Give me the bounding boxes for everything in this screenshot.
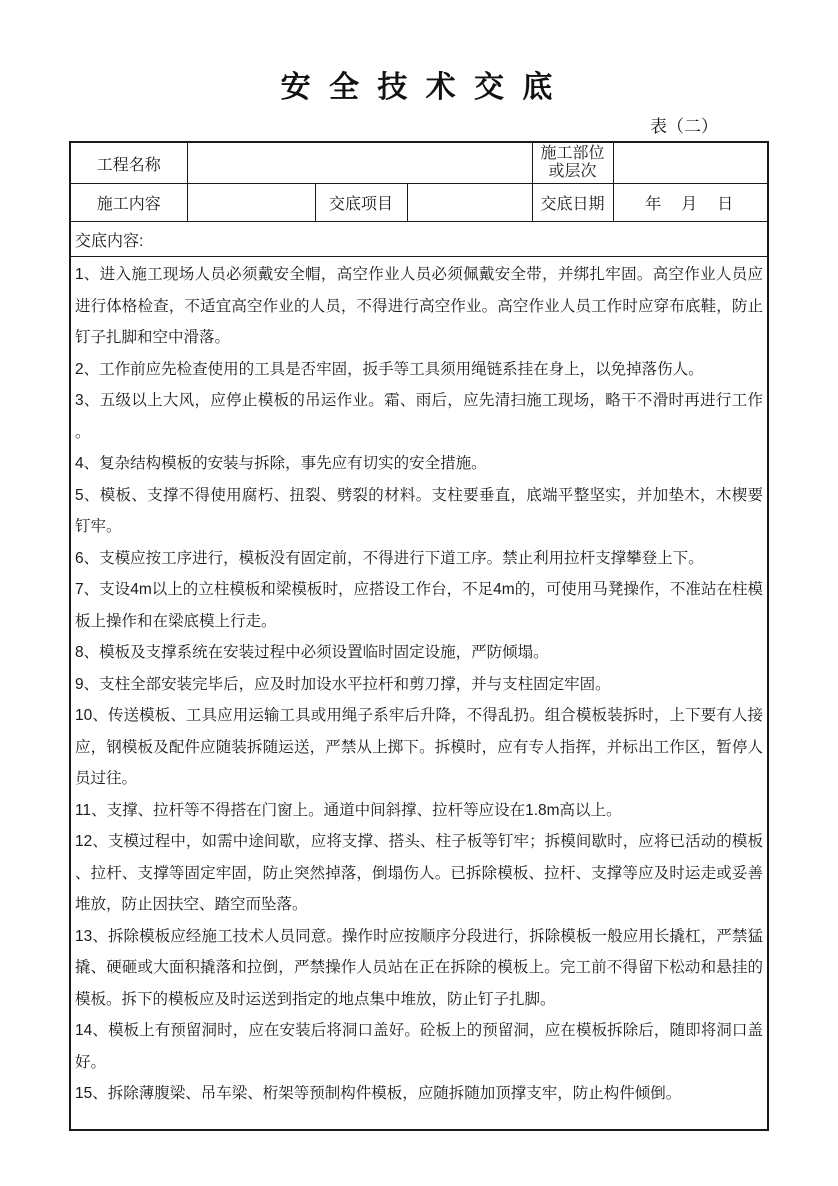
form-row-content-item-date: 施工内容 交底项目 交底日期 年 月 日: [70, 184, 768, 222]
construction-content-field[interactable]: [187, 184, 315, 222]
disclosure-form-table: 工程名称 施工部位或层次 施工内容 交底项目 交底日期 年 月 日 交底内容: …: [69, 141, 769, 1131]
disclosure-content-header: 交底内容:: [70, 222, 768, 257]
disclosure-date-field[interactable]: 年 月 日: [613, 184, 768, 222]
disclosure-date-label: 交底日期: [532, 184, 613, 222]
document-page: 安 全 技 术 交 底 表（二） 工程名称 施工部位或层次 施工内容 交底项目 …: [0, 0, 838, 1186]
safety-item-13: 13、拆除模板应经施工技术人员同意。操作时应按顺序分段进行，拆除模板一般应用长撬…: [75, 921, 763, 1016]
disclosure-item-field[interactable]: [407, 184, 532, 222]
disclosure-item-label: 交底项目: [315, 184, 407, 222]
content-header-row: 交底内容:: [70, 222, 768, 257]
content-row: 1、进入施工现场人员必须戴安全帽，高空作业人员必须佩戴安全带，并绑扎牢固。高空作…: [70, 257, 768, 1131]
page-title: 安 全 技 术 交 底: [0, 0, 838, 106]
table-number-label: 表（二）: [70, 112, 768, 137]
safety-item-1: 1、进入施工现场人员必须戴安全帽，高空作业人员必须佩戴安全带，并绑扎牢固。高空作…: [75, 259, 763, 354]
safety-item-14: 14、模板上有预留洞时，应在安装后将洞口盖好。砼板上的预留洞，应在模板拆除后，随…: [75, 1015, 763, 1078]
project-name-label: 工程名称: [70, 142, 187, 184]
safety-item-6: 6、支模应按工序进行，模板没有固定前，不得进行下道工序。禁止利用拉杆支撑攀登上下…: [75, 543, 763, 575]
safety-item-15: 15、拆除薄腹梁、吊车梁、桁架等预制构件模板，应随拆随加顶撑支牢，防止构件倾倒。: [75, 1078, 763, 1110]
construction-part-field[interactable]: [613, 142, 768, 184]
safety-item-2: 2、工作前应先检查使用的工具是否牢固，扳手等工具须用绳链系挂在身上，以免掉落伤人…: [75, 354, 763, 386]
safety-item-3: 3、五级以上大风，应停止模板的吊运作业。霜、雨后，应先清扫施工现场，略干不滑时再…: [75, 385, 763, 448]
construction-part-label: 施工部位或层次: [532, 142, 613, 184]
safety-item-11: 11、支撑、拉杆等不得搭在门窗上。通道中间斜撑、拉杆等应设在1.8m高以上。: [75, 795, 763, 827]
safety-item-8: 8、模板及支撑系统在安装过程中必须设置临时固定设施，严防倾塌。: [75, 637, 763, 669]
project-name-field[interactable]: [187, 142, 532, 184]
disclosure-content-body: 1、进入施工现场人员必须戴安全帽，高空作业人员必须佩戴安全带，并绑扎牢固。高空作…: [70, 257, 768, 1131]
form-row-project: 工程名称 施工部位或层次: [70, 142, 768, 184]
safety-item-10: 10、传送模板、工具应用运输工具或用绳子系牢后升降，不得乱扔。组合模板装拆时，上…: [75, 700, 763, 795]
construction-content-label: 施工内容: [70, 184, 187, 222]
safety-item-12: 12、支模过程中，如需中途间歇，应将支撑、搭头、柱子板等钉牢；拆模间歇时，应将已…: [75, 826, 763, 921]
safety-item-7: 7、支设4m以上的立柱模板和梁模板时，应搭设工作台，不足4m的，可使用马凳操作，…: [75, 574, 763, 637]
safety-item-9: 9、支柱全部安装完毕后，应及时加设水平拉杆和剪刀撑，并与支柱固定牢固。: [75, 669, 763, 701]
safety-item-4: 4、复杂结构模板的安装与拆除，事先应有切实的安全措施。: [75, 448, 763, 480]
safety-item-5: 5、模板、支撑不得使用腐朽、扭裂、劈裂的材料。支柱要垂直，底端平整坚实，并加垫木…: [75, 480, 763, 543]
